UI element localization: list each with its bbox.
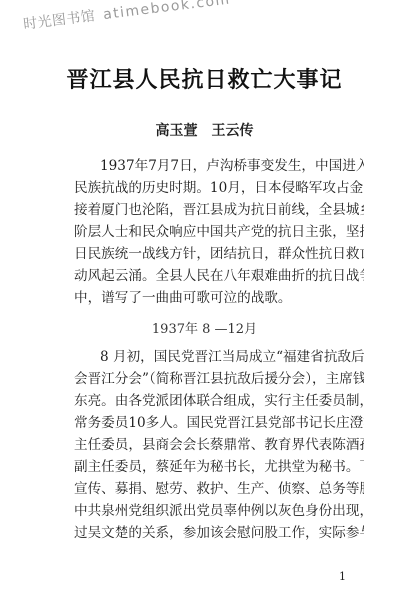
text-line: 民族抗战的历史时期。10月，日本侵略军攻占金门，: [74, 180, 364, 196]
author-2: 王云传: [212, 123, 254, 139]
section-heading: 1937年 8 —12月: [0, 318, 409, 337]
text-line: 日民族统一战线方针，团结抗日，群众性抗日救亡运: [74, 246, 364, 262]
authors: 高玉萱王云传: [0, 120, 409, 140]
author-1: 高玉萱: [156, 123, 198, 139]
text-line: 东亮。由各党派团体联合组成，实行主任委员制，有: [74, 393, 364, 409]
text-line: 宣传、募捐、慰劳、救护、生产、侦察、总务等股。: [74, 481, 364, 497]
text-line: 过吴文楚的关系，参加该会慰问股工作，实际参与了: [74, 525, 364, 541]
watermark: 时光图书馆atimebook.com: [22, 0, 232, 34]
text-line: 中共泉州党组织派出党员辜仲例以灰色身份出现，通: [74, 503, 364, 519]
page-title: 晋江县人民抗日救亡大事记: [0, 63, 409, 94]
text-line: 副主任委员，蔡延年为秘书长，尤拱堂为秘书。下设: [74, 459, 364, 475]
page-number: 1: [339, 570, 346, 583]
text-line: 中，谱写了一曲曲可歌可泣的战歌。: [74, 290, 364, 306]
watermark-url: atimebook.com: [102, 0, 231, 23]
text-line: 常务委员10多人。国民党晋江县党部书记长庄澄波为: [74, 415, 364, 431]
watermark-site-name: 时光图书馆: [22, 8, 96, 33]
text-line: 1937年7月7日，卢沟桥事变发生，中国进入全: [74, 158, 364, 174]
text-line: 动风起云涌。全县人民在八年艰难曲折的抗日战争: [74, 268, 364, 284]
text-line: 主任委员，县商会会长蔡鼎常、教育界代表陈酒孙为: [74, 437, 364, 453]
text-line: 会晋江分会”（简称晋江县抗敌后援分会），主席钱: [74, 371, 364, 387]
text-line: 阶层人士和民众响应中国共产党的抗日主张，坚持抗: [74, 224, 364, 240]
text-line: 接着厦门也沦陷，晋江县成为抗日前线，全县城乡各: [74, 202, 364, 218]
text-line: 8 月初，国民党晋江当局成立“福建省抗敌后援: [74, 349, 364, 365]
